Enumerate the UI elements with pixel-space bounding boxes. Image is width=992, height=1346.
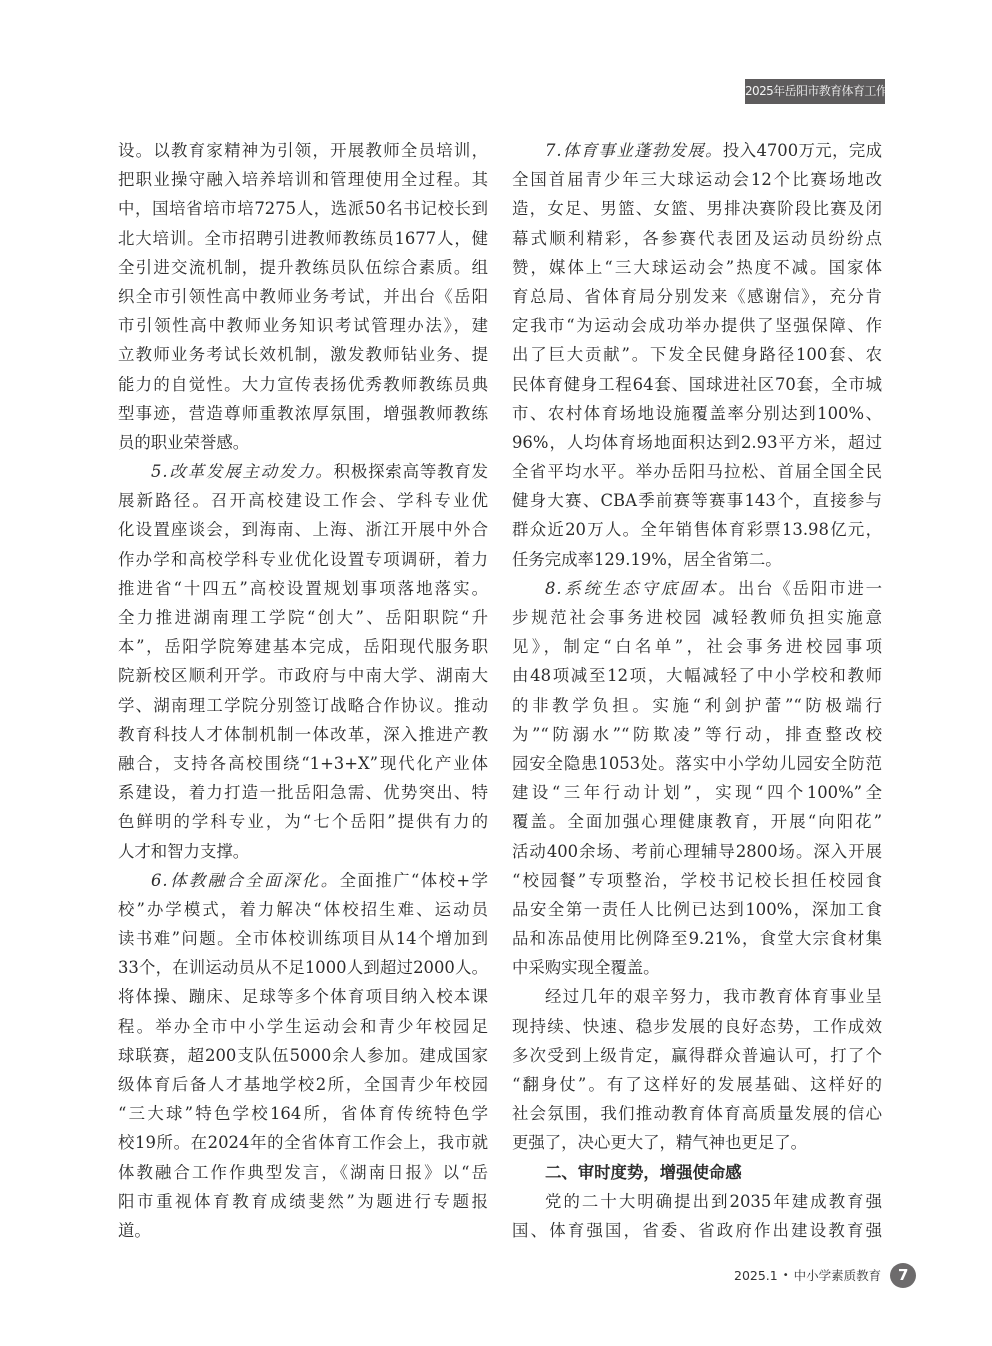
text-line: 33个，在训运动员从不足1000人到超过2000人。 [118, 953, 488, 982]
text-line: “三大球”特色学校164所，省体育传统特色学 [118, 1099, 488, 1128]
text-line: 院新校区顺利开学。市政府与中南大学、湖南大 [118, 661, 488, 690]
section-heading: 二、审时度势，增强使命感 [512, 1158, 882, 1187]
text-line: 园安全隐患1053处。落实中小学幼儿园安全防范 [512, 749, 882, 778]
text-line: 能力的自觉性。大力宣传表扬优秀教师教练员典 [118, 370, 488, 399]
text-line: 全国首届青少年三大球运动会12个比赛场地改 [512, 165, 882, 194]
text-line: 型事迹，营造尊师重教浓厚氛围，增强教师教练 [118, 399, 488, 428]
section-5-first-line: 5.改革发展主动发力。积极探索高等教育发 [118, 457, 488, 486]
text-line: 教育科技人才体制机制一体改革，深入推进产教 [118, 720, 488, 749]
text-line: 织全市引领性高中教师业务考试，并出台《岳阳 [118, 282, 488, 311]
section-5-first-line-text: 积极探索高等教育发 [334, 462, 488, 481]
text-line: 把职业操守融入培养培训和管理使用全过程。其 [118, 165, 488, 194]
text-line: 民体育健身工程64套、国球进社区70套，全市城 [512, 370, 882, 399]
section-6-first-line-text: 全面推广“体校+学 [340, 871, 488, 890]
right-column: 7.体育事业蓬勃发展。投入4700万元，完成 全国首届青少年三大球运动会12个比… [512, 136, 882, 1245]
text-line: 中，国培省培市培7275人，选派50名书记校长到 [118, 194, 488, 223]
text-line: 色鲜明的学科专业，为“七个岳阳”提供有力的 [118, 807, 488, 836]
text-line: 道。 [118, 1216, 488, 1245]
text-line: 造，女足、男篮、女篮、男排决赛阶段比赛及闭 [512, 194, 882, 223]
text-line: 定我市“为运动会成功举办提供了坚强保障、作 [512, 311, 882, 340]
text-line: 育总局、省体育局分别发来《感谢信》，充分肯 [512, 282, 882, 311]
text-line: 球联赛，超200支队伍5000余人参加。建成国家 [118, 1041, 488, 1070]
issue-number: 2025.1 [734, 1268, 778, 1283]
text-line: “校园餐”专项整治，学校书记校长担任校园食 [512, 866, 882, 895]
text-line: 融合，支持各高校围绕“1+3+X”现代化产业体 [118, 749, 488, 778]
summary-first-line: 经过几年的艰辛努力，我市教育体育事业呈 [512, 982, 882, 1011]
text-line: 品和冻品使用比例降至9.21%，食堂大宗食材集 [512, 924, 882, 953]
text-line: 幕式顺利精彩，各参赛代表团及运动员纷纷点 [512, 224, 882, 253]
section-7-first-line: 7.体育事业蓬勃发展。投入4700万元，完成 [512, 136, 882, 165]
text-line: 多次受到上级肯定，赢得群众普遍认可，打了个 [512, 1041, 882, 1070]
text-line: 建设“三年行动计划”，实现“四个100%”全 [512, 778, 882, 807]
text-line: 市引领性高中教师业务知识考试管理办法》，建 [118, 311, 488, 340]
page-footer: 2025.1 • 中小学素质教育 7 [734, 1262, 916, 1288]
text-line: 推进省“十四五”高校设置规划事项落地落实。 [118, 574, 488, 603]
text-line: 任务完成率129.19%，居全省第二。 [512, 545, 882, 574]
text-line: 更强了，决心更大了，精气神也更足了。 [512, 1128, 882, 1157]
text-line: 北大培训。全市招聘引进教师教练员1677人，健 [118, 224, 488, 253]
text-line: 程。举办全市中小学生运动会和青少年校园足 [118, 1012, 488, 1041]
section-8-first-line: 8.系统生态守底固本。出台《岳阳市进一 [512, 574, 882, 603]
text-line: 见》，制定“白名单”，社会事务进校园事项 [512, 632, 882, 661]
separator-dot: • [783, 1270, 789, 1281]
text-line: 将体操、蹦床、足球等多个体育项目纳入校本课 [118, 982, 488, 1011]
text-line: 作办学和高校学科专业优化设置专项调研，着力 [118, 545, 488, 574]
text-line: 本”，岳阳学院筹建基本完成，岳阳现代服务职 [118, 632, 488, 661]
text-line: 校19所。在2024年的全省体育工作会上，我市就 [118, 1128, 488, 1157]
text-line: 群众近20万人。全年销售体育彩票13.98亿元， [512, 515, 882, 544]
section-8-title: 8.系统生态守底固本。 [545, 579, 738, 598]
text-line: 化设置座谈会，到海南、上海、浙江开展中外合 [118, 515, 488, 544]
text-line: 中采购实现全覆盖。 [512, 953, 882, 982]
running-header-title: 2025年岳阳市教育体育工作会议 [745, 84, 885, 98]
text-line: 健身大赛、CBA季前赛等赛事143个，直接参与 [512, 486, 882, 515]
text-line: 员的职业荣誉感。 [118, 428, 488, 457]
text-line: 级体育后备人才基地学校2所，全国青少年校园 [118, 1070, 488, 1099]
section-6-title: 6.体教融合全面深化。 [151, 871, 340, 890]
text-line: 设。以教育家精神为引领，开展教师全员培训， [118, 136, 488, 165]
text-line: 赞，媒体上“三大球运动会”热度不减。国家体 [512, 253, 882, 282]
text-line: 出了巨大贡献”。下发全民健身路径100套、农 [512, 340, 882, 369]
text-line: 步规范社会事务进校园 减轻教师负担实施意 [512, 603, 882, 632]
text-line: 展新路径。召开高校建设工作会、学科专业优 [118, 486, 488, 515]
text-line: 全力推进湖南理工学院“创大”、岳阳职院“升 [118, 603, 488, 632]
text-line: 全省平均水平。举办岳阳马拉松、首届全国全民 [512, 457, 882, 486]
text-line: 社会氛围，我们推动教育体育高质量发展的信心 [512, 1099, 882, 1128]
text-line: 全引进交流机制，提升教练员队伍综合素质。组 [118, 253, 488, 282]
section-7-first-line-text: 投入4700万元，完成 [723, 141, 882, 160]
text-line: 体教融合工作作典型发言，《湖南日报》以“岳 [118, 1158, 488, 1187]
text-line: 系建设，着力打造一批岳阳急需、优势突出、特 [118, 778, 488, 807]
text-line: 覆盖。全面加强心理健康教育，开展“向阳花” [512, 807, 882, 836]
text-line: “翻身仗”。有了这样好的发展基础、这样好的 [512, 1070, 882, 1099]
text-line: 学、湖南理工学院分别签订战略合作协议。推动 [118, 691, 488, 720]
text-line: 为”“防溺水”“防欺凌”等行动，排查整改校 [512, 720, 882, 749]
section-8-first-line-text: 出台《岳阳市进一 [738, 579, 882, 598]
section-two-first-line: 党的二十大明确提出到2035年建成教育强 [512, 1187, 882, 1216]
text-line: 的非教学负担。实施“利剑护蕾”“防极端行 [512, 691, 882, 720]
text-line: 由48项减至12项，大幅减轻了中小学校和教师 [512, 661, 882, 690]
left-column: 设。以教育家精神为引领，开展教师全员培训， 把职业操守融入培养培训和管理使用全过… [118, 136, 488, 1245]
running-header: 2025年岳阳市教育体育工作会议 [745, 79, 885, 104]
page-number-badge: 7 [890, 1263, 916, 1288]
journal-name: 中小学素质教育 [794, 1266, 882, 1284]
text-line: 阳市重视体育教育成绩斐然”为题进行专题报 [118, 1187, 488, 1216]
text-line: 品安全第一责任人比例已达到100%，深加工食 [512, 895, 882, 924]
text-line: 活动400余场、考前心理辅导2800场。深入开展 [512, 837, 882, 866]
text-line: 校”办学模式，着力解决“体校招生难、运动员 [118, 895, 488, 924]
section-7-title: 7.体育事业蓬勃发展。 [545, 141, 723, 160]
text-line: 96%，人均体育场地面积达到2.93平方米，超过 [512, 428, 882, 457]
text-line: 国、体育强国，省委、省政府作出建设教育强 [512, 1216, 882, 1245]
text-line: 读书难”问题。全市体校训练项目从14个增加到 [118, 924, 488, 953]
section-6-first-line: 6.体教融合全面深化。全面推广“体校+学 [118, 866, 488, 895]
section-5-title: 5.改革发展主动发力。 [151, 462, 334, 481]
text-line: 立教师业务考试长效机制，激发教师钻业务、提 [118, 340, 488, 369]
text-line: 现持续、快速、稳步发展的良好态势，工作成效 [512, 1012, 882, 1041]
text-line: 市、农村体育场地设施覆盖率分别达到100%、 [512, 399, 882, 428]
text-line: 人才和智力支撑。 [118, 837, 488, 866]
